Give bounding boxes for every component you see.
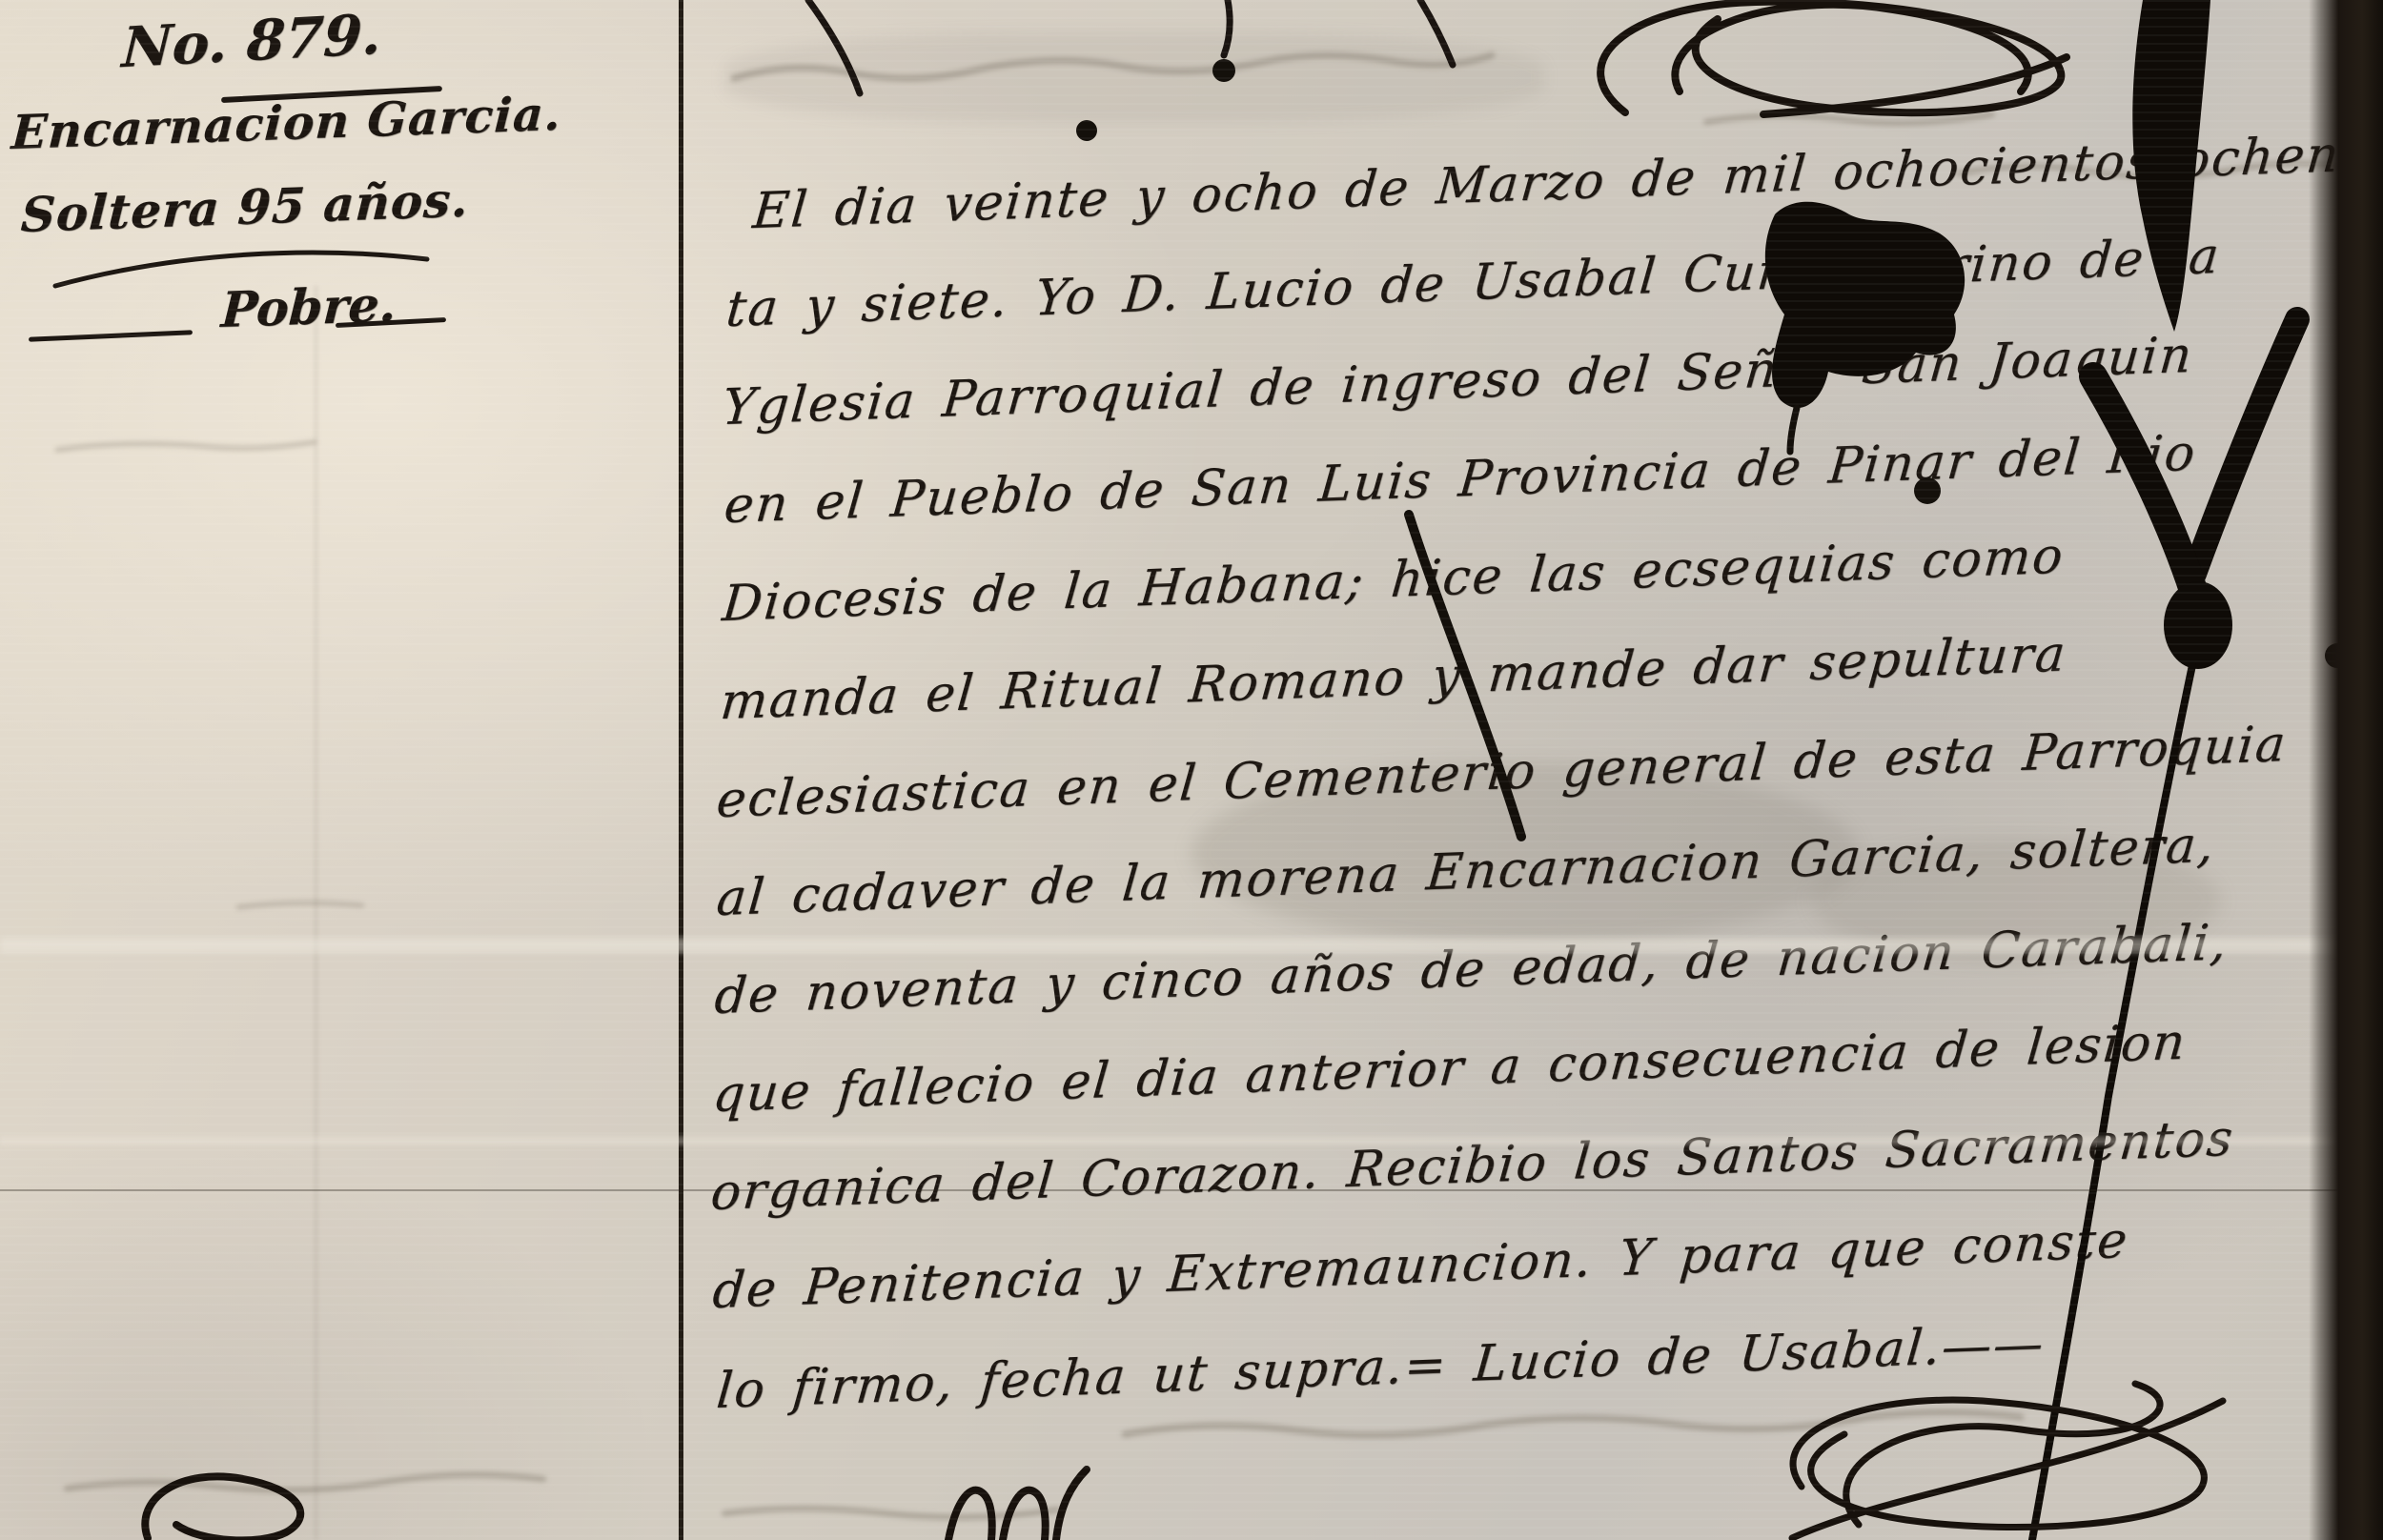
margin-entry-number: No. 879. bbox=[120, 2, 383, 81]
body-line-4: en el Pueblo de San Luis Provincia de Pi… bbox=[722, 425, 2198, 535]
body-line-2: ta y siete. Yo D. Lucio de Usabal Cura i… bbox=[723, 228, 2223, 338]
body-line-11: organica del Corazon. Recibio los Santos… bbox=[708, 1110, 2236, 1222]
scanned-burial-record-page: No. 879. Encarnacion Garcia. Soltera 95 … bbox=[0, 0, 2383, 1540]
paper-crease bbox=[315, 286, 317, 1540]
body-line-12: de Penitencia y Extremauncion. Y para qu… bbox=[710, 1212, 2130, 1320]
pobre-left-dash bbox=[29, 330, 193, 341]
body-line-1: El dia veinte y ocho de Marzo de mil och… bbox=[750, 126, 2342, 240]
column-separator-rule bbox=[679, 0, 683, 1540]
margin-decedent-name: Encarnacion Garcia. bbox=[10, 86, 562, 160]
margin-note: Pobre. bbox=[219, 276, 397, 340]
page-edge-shadow bbox=[2309, 0, 2383, 1540]
body-line-13: lo firmo, fecha ut supra.= Lucio de Usab… bbox=[714, 1315, 2047, 1420]
signature-rubric-flourish bbox=[1792, 1384, 2223, 1538]
margin-status-age: Soltera 95 años. bbox=[19, 172, 470, 244]
previous-entry-rubric-flourish bbox=[1600, 2, 2067, 114]
smudge-top bbox=[724, 32, 1544, 123]
body-line-5: Diocesis de la Habana; hice las ecsequia… bbox=[720, 528, 2067, 634]
body-line-6: manda el Ritual Romano y mande dar sepul… bbox=[718, 625, 2068, 731]
body-line-10: que fallecio el dia anterior a consecuen… bbox=[710, 1014, 2189, 1125]
body-line-3: Yglesia Parroquial de ingreso del Señor … bbox=[720, 327, 2195, 436]
next-margin-entry-partial-flourish bbox=[145, 1476, 300, 1540]
next-entry-partial-letter bbox=[948, 1469, 1087, 1540]
